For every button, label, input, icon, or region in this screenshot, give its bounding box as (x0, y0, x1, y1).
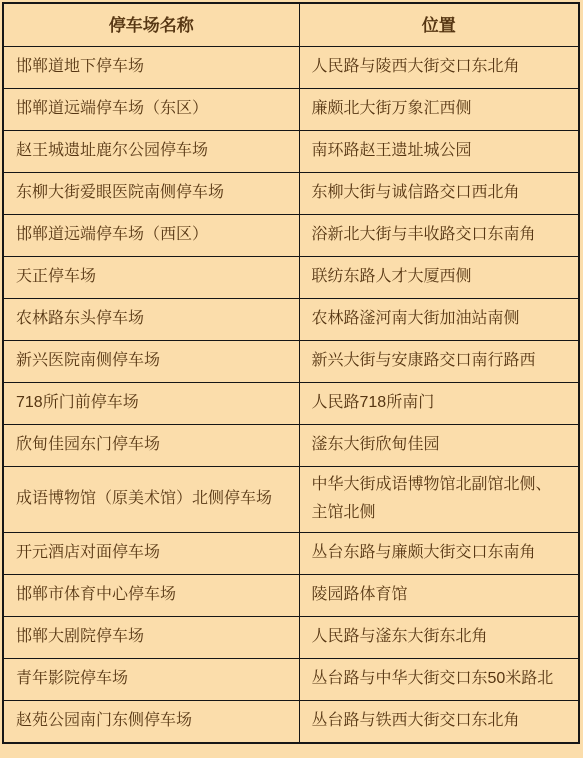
parking-name-cell: 赵苑公园南门东侧停车场 (3, 701, 299, 743)
parking-name-cell: 邯郸道远端停车场（东区） (3, 88, 299, 130)
location-cell: 滏东大街欣甸佳园 (299, 424, 579, 466)
table-header-row: 停车场名称 位置 (3, 3, 579, 46)
parking-name-cell: 邯郸市体育中心停车场 (3, 575, 299, 617)
location-cell: 农林路滏河南大街加油站南侧 (299, 298, 579, 340)
col-header-parking-name: 停车场名称 (3, 3, 299, 46)
parking-name-cell: 天正停车场 (3, 256, 299, 298)
location-cell: 人民路与陵西大街交口东北角 (299, 46, 579, 88)
table-row: 成语博物馆（原美术馆）北侧停车场 中华大街成语博物馆北副馆北侧、主馆北侧 (3, 466, 579, 533)
col-header-location: 位置 (299, 3, 579, 46)
location-cell: 丛台路与中华大街交口东50米路北 (299, 659, 579, 701)
table-row: 天正停车场 联纺东路人才大厦西侧 (3, 256, 579, 298)
location-cell: 中华大街成语博物馆北副馆北侧、主馆北侧 (299, 466, 579, 533)
parking-name-cell: 农林路东头停车场 (3, 298, 299, 340)
location-cell: 新兴大街与安康路交口南行路西 (299, 340, 579, 382)
parking-table: 停车场名称 位置 邯郸道地下停车场 人民路与陵西大街交口东北角 邯郸道远端停车场… (2, 2, 580, 744)
parking-name-cell: 邯郸大剧院停车场 (3, 617, 299, 659)
table-row: 开元酒店对面停车场 丛台东路与廉颇大街交口东南角 (3, 533, 579, 575)
parking-name-cell: 欣甸佳园东门停车场 (3, 424, 299, 466)
table-row: 新兴医院南侧停车场 新兴大街与安康路交口南行路西 (3, 340, 579, 382)
parking-name-cell: 开元酒店对面停车场 (3, 533, 299, 575)
parking-name-cell: 青年影院停车场 (3, 659, 299, 701)
table-row: 赵王城遗址鹿尔公园停车场 南环路赵王遗址城公园 (3, 130, 579, 172)
parking-name-cell: 东柳大街爱眼医院南侧停车场 (3, 172, 299, 214)
table-row: 青年影院停车场 丛台路与中华大街交口东50米路北 (3, 659, 579, 701)
table-row: 邯郸道远端停车场（西区） 浴新北大街与丰收路交口东南角 (3, 214, 579, 256)
table-row: 718所门前停车场 人民路718所南门 (3, 382, 579, 424)
location-cell: 南环路赵王遗址城公园 (299, 130, 579, 172)
table-row: 邯郸市体育中心停车场 陵园路体育馆 (3, 575, 579, 617)
parking-name-cell: 邯郸道地下停车场 (3, 46, 299, 88)
parking-name-cell: 邯郸道远端停车场（西区） (3, 214, 299, 256)
table-row: 欣甸佳园东门停车场 滏东大街欣甸佳园 (3, 424, 579, 466)
parking-name-cell: 成语博物馆（原美术馆）北侧停车场 (3, 466, 299, 533)
location-cell: 廉颇北大街万象汇西侧 (299, 88, 579, 130)
location-cell: 丛台路与铁西大街交口东北角 (299, 701, 579, 743)
table-row: 邯郸大剧院停车场 人民路与滏东大街东北角 (3, 617, 579, 659)
table-row: 东柳大街爱眼医院南侧停车场 东柳大街与诚信路交口西北角 (3, 172, 579, 214)
location-cell: 联纺东路人才大厦西侧 (299, 256, 579, 298)
parking-name-cell: 新兴医院南侧停车场 (3, 340, 299, 382)
table-row: 赵苑公园南门东侧停车场 丛台路与铁西大街交口东北角 (3, 701, 579, 743)
location-cell: 人民路与滏东大街东北角 (299, 617, 579, 659)
location-cell: 浴新北大街与丰收路交口东南角 (299, 214, 579, 256)
location-cell: 陵园路体育馆 (299, 575, 579, 617)
location-cell: 东柳大街与诚信路交口西北角 (299, 172, 579, 214)
location-cell: 人民路718所南门 (299, 382, 579, 424)
table-row: 邯郸道地下停车场 人民路与陵西大街交口东北角 (3, 46, 579, 88)
table-row: 邯郸道远端停车场（东区） 廉颇北大街万象汇西侧 (3, 88, 579, 130)
parking-name-cell: 718所门前停车场 (3, 382, 299, 424)
location-cell: 丛台东路与廉颇大街交口东南角 (299, 533, 579, 575)
table-row: 农林路东头停车场 农林路滏河南大街加油站南侧 (3, 298, 579, 340)
parking-name-cell: 赵王城遗址鹿尔公园停车场 (3, 130, 299, 172)
